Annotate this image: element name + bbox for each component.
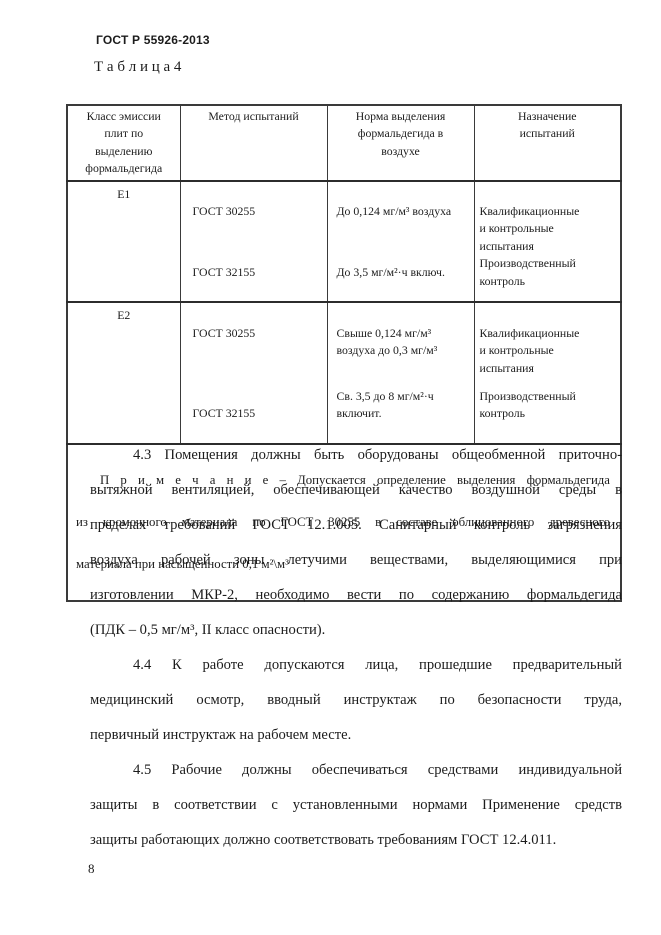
table-row-e1: Е1 ГОСТ 30255 ГОСТ 32155 До 0,124 мг/м³ … <box>67 181 621 303</box>
table-header-row: Класс эмиссии плит по выделению формальд… <box>67 105 621 181</box>
cell-norm-e1-rate: До 3,5 мг/м²·ч включ. <box>337 264 470 281</box>
table-row-e2: Е2 ГОСТ 30255 ГОСТ 32155 Свыше 0,124 мг/… <box>67 302 621 444</box>
col-header-emission-class: Класс эмиссии плит по выделению формальд… <box>67 105 180 181</box>
col-header-test-method: Метод испытаний <box>180 105 327 181</box>
cell-class-e1: Е1 <box>67 181 180 303</box>
cell-method-e1-gost30255: ГОСТ 30255 <box>193 203 323 220</box>
cell-norm-e2-rate: Св. 3,5 до 8 мг/м²·ч включит. <box>337 388 470 423</box>
cell-purpose-e2-qualification: Квалификационные и контрольные испытания <box>480 325 617 377</box>
cell-norm-e2-air: Свыше 0,124 мг/м³ воздуха до 0,3 мг/м³ <box>337 325 470 360</box>
paragraph-4-5-line-2: защиты в соответствии с установленными н… <box>90 788 622 823</box>
table-caption: Т а б л и ц а 4 <box>94 59 181 76</box>
paragraph-4-5-line-3: защиты работающих должно соответствовать… <box>90 823 622 858</box>
paragraph-4-4-line-3: первичный инструктаж на рабочем месте. <box>90 718 622 753</box>
document-page: ГОСТ Р 55926-2013 Т а б л и ц а 4 Класс … <box>0 0 661 935</box>
cell-purpose-e2-production: Производственный контроль <box>480 388 617 423</box>
cell-method-e1-gost32155: ГОСТ 32155 <box>193 264 323 281</box>
cell-purpose-e1-qualification: Квалификационные и контрольные испытания <box>480 203 617 255</box>
paragraph-4-3-line-2: вытяжной вентиляцией, обеспечивающей кач… <box>90 473 622 508</box>
document-code: ГОСТ Р 55926-2013 <box>96 33 210 47</box>
col-header-emission-norm: Норма выделения формальдегида в воздухе <box>327 105 474 181</box>
cell-class-e2: Е2 <box>67 302 180 444</box>
paragraph-4-3-line-4: воздуха рабочей зоны летучими веществами… <box>90 543 622 578</box>
paragraph-4-5-line-1: 4.5 Рабочие должны обеспечиваться средст… <box>90 753 622 788</box>
paragraph-4-3-line-6: (ПДК – 0,5 мг/м³, II класс опасности). <box>90 613 622 648</box>
paragraph-4-3-line-3: пределах требований ГОСТ 12.1.005. Санит… <box>90 508 622 543</box>
paragraph-4-4-line-2: медицинский осмотр, вводный инструктаж п… <box>90 683 622 718</box>
cell-purpose-e1-production: Производственный контроль <box>480 255 617 290</box>
paragraph-4-4-line-1: 4.4 К работе допускаются лица, прошедшие… <box>90 648 622 683</box>
page-number: 8 <box>88 861 95 877</box>
body-text: 4.3 Помещения должны быть оборудованы об… <box>90 438 622 858</box>
cell-method-e2-gost30255: ГОСТ 30255 <box>193 325 323 342</box>
paragraph-4-3-line-1: 4.3 Помещения должны быть оборудованы об… <box>90 438 622 473</box>
cell-method-e2-gost32155: ГОСТ 32155 <box>193 405 323 422</box>
cell-norm-e1-air: До 0,124 мг/м³ воздуха <box>337 203 470 220</box>
paragraph-4-3-line-5: изготовлении МКР-2, необходимо вести по … <box>90 578 622 613</box>
col-header-test-purpose: Назначение испытаний <box>474 105 621 181</box>
